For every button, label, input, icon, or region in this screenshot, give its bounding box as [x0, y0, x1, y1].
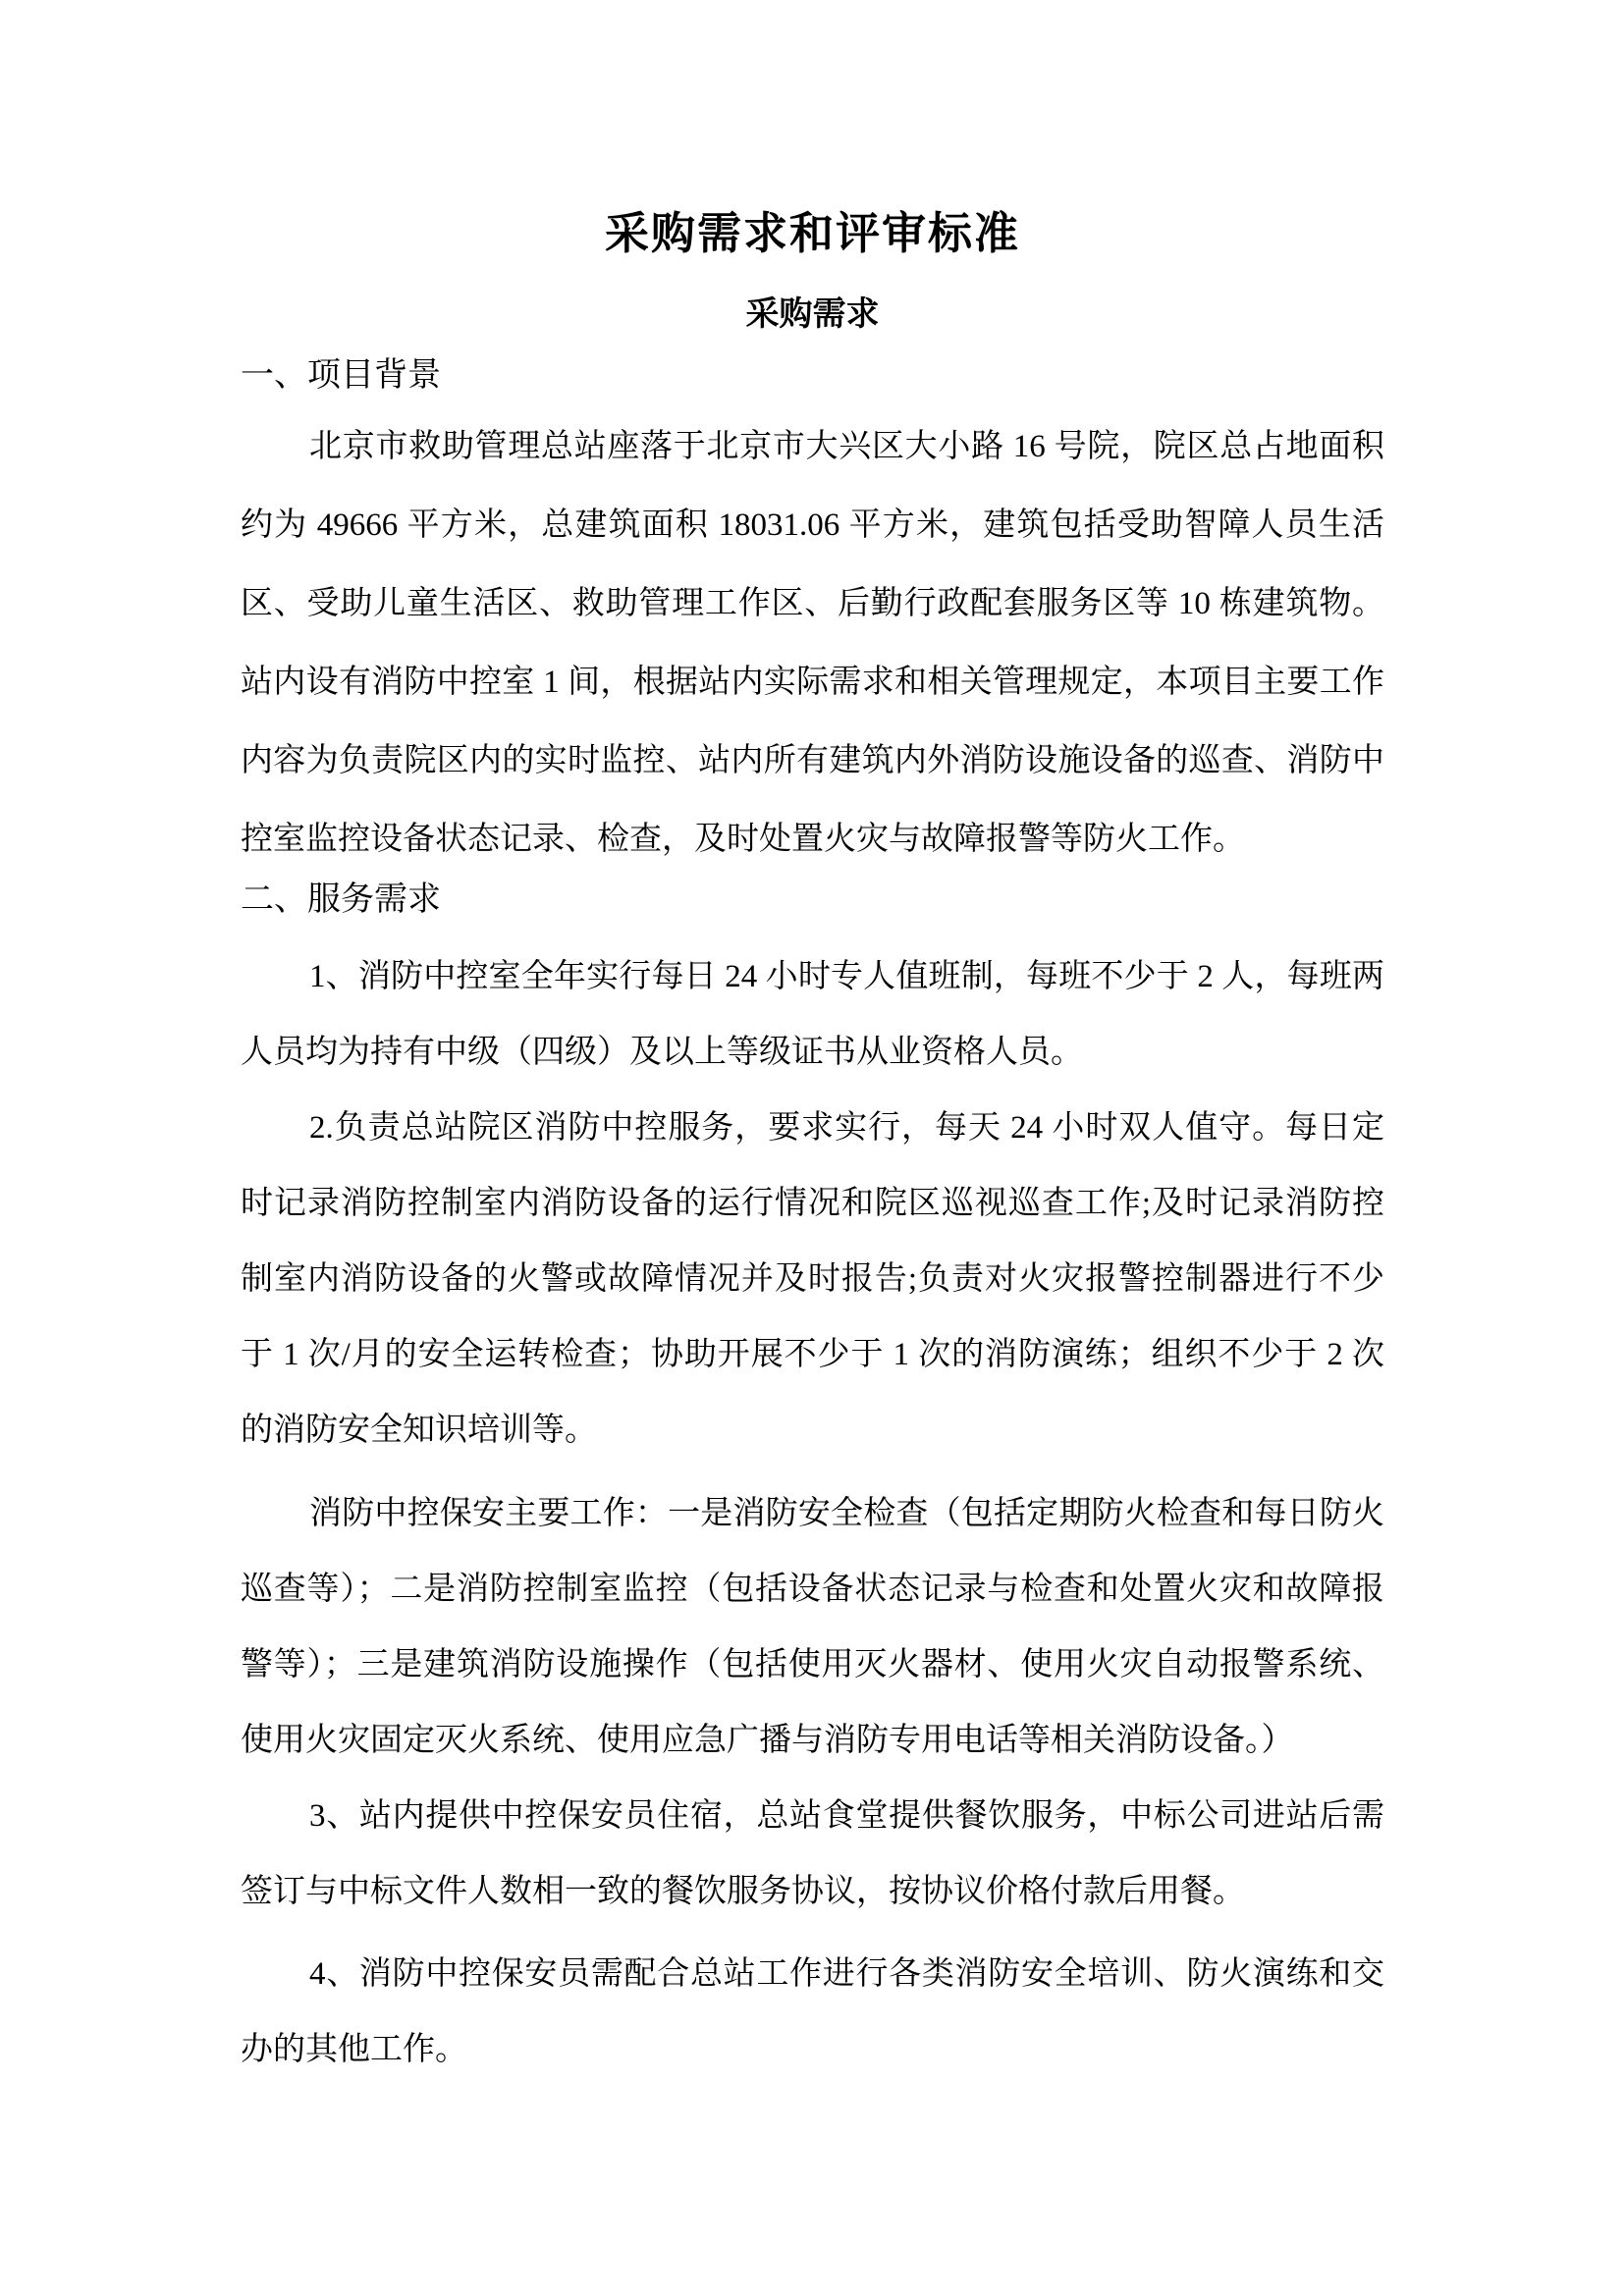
text-line: 制室内消防设备的火警或故障情况并及时报告;负责对火灾报警控制器进行不少 [241, 1242, 1384, 1317]
text-line: 办的其他工作。 [241, 2012, 1384, 2088]
section-2-heading: 二、服务需求 [241, 879, 1384, 922]
paragraph-security-duties: 消防中控保安主要工作：一是消防安全检查（包括定期防火检查和每日防火 巡查等）；二… [241, 1476, 1384, 1779]
paragraph-project-background: 北京市救助管理总站座落于北京市大兴区大小路 16 号院，院区总占地面积 约为 4… [241, 407, 1384, 879]
text-line: 巡查等）；二是消防控制室监控（包括设备状态记录与检查和处置火灾和故障报 [241, 1552, 1384, 1628]
text-line: 2.负责总站院区消防中控服务，要求实行，每天 24 小时双人值守。每日定 [241, 1091, 1384, 1166]
document: 采购需求和评审标准 采购需求 一、项目背景 北京市救助管理总站座落于北京市大兴区… [241, 0, 1384, 2088]
text-line: 1、消防中控室全年实行每日 24 小时专人值班制，每班不少于 2 人，每班两 [241, 939, 1384, 1015]
text-line: 4、消防中控保安员需配合总站工作进行各类消防安全培训、防火演练和交 [241, 1937, 1384, 2012]
text-line: 于 1 次/月的安全运转检查；协助开展不少于 1 次的消防演练；组织不少于 2 … [241, 1317, 1384, 1393]
text-line: 控室监控设备状态记录、检查，及时处置火灾与故障报警等防火工作。 [241, 800, 1384, 879]
text-line: 人员均为持有中级（四级）及以上等级证书从业资格人员。 [241, 1015, 1384, 1091]
text-line: 约为 49666 平方米，总建筑面积 18031.06 平方米，建筑包括受助智障… [241, 486, 1384, 564]
text-line: 消防中控保安主要工作：一是消防安全检查（包括定期防火检查和每日防火 [241, 1476, 1384, 1552]
paragraph-service-item-1: 1、消防中控室全年实行每日 24 小时专人值班制，每班不少于 2 人，每班两 人… [241, 939, 1384, 1091]
paragraph-service-item-2: 2.负责总站院区消防中控服务，要求实行，每天 24 小时双人值守。每日定 时记录… [241, 1091, 1384, 1468]
text-line: 站内设有消防中控室 1 间，根据站内实际需求和相关管理规定，本项目主要工作 [241, 643, 1384, 721]
section-1-heading: 一、项目背景 [241, 355, 1384, 397]
document-title: 采购需求和评审标准 [241, 0, 1384, 259]
text-line: 的消防安全知识培训等。 [241, 1393, 1384, 1468]
text-line: 内容为负责院区内的实时监控、站内所有建筑内外消防设施设备的巡查、消防中 [241, 721, 1384, 800]
text-line: 时记录消防控制室内消防设备的运行情况和院区巡视巡查工作;及时记录消防控 [241, 1166, 1384, 1242]
text-line: 区、受助儿童生活区、救助管理工作区、后勤行政配套服务区等 10 栋建筑物。 [241, 564, 1384, 643]
text-line: 3、站内提供中控保安员住宿，总站食堂提供餐饮服务，中标公司进站后需 [241, 1779, 1384, 1854]
text-line: 北京市救助管理总站座落于北京市大兴区大小路 16 号院，院区总占地面积 [241, 407, 1384, 486]
document-subtitle: 采购需求 [241, 296, 1384, 334]
text-line: 签订与中标文件人数相一致的餐饮服务协议，按协议价格付款后用餐。 [241, 1854, 1384, 1930]
text-line: 警等）；三是建筑消防设施操作（包括使用灭火器材、使用火灾自动报警系统、 [241, 1628, 1384, 1703]
paragraph-service-item-3: 3、站内提供中控保安员住宿，总站食堂提供餐饮服务，中标公司进站后需 签订与中标文… [241, 1779, 1384, 1930]
paragraph-service-item-4: 4、消防中控保安员需配合总站工作进行各类消防安全培训、防火演练和交 办的其他工作… [241, 1937, 1384, 2088]
text-line: 使用火灾固定灭火系统、使用应急广播与消防专用电话等相关消防设备。） [241, 1703, 1384, 1779]
